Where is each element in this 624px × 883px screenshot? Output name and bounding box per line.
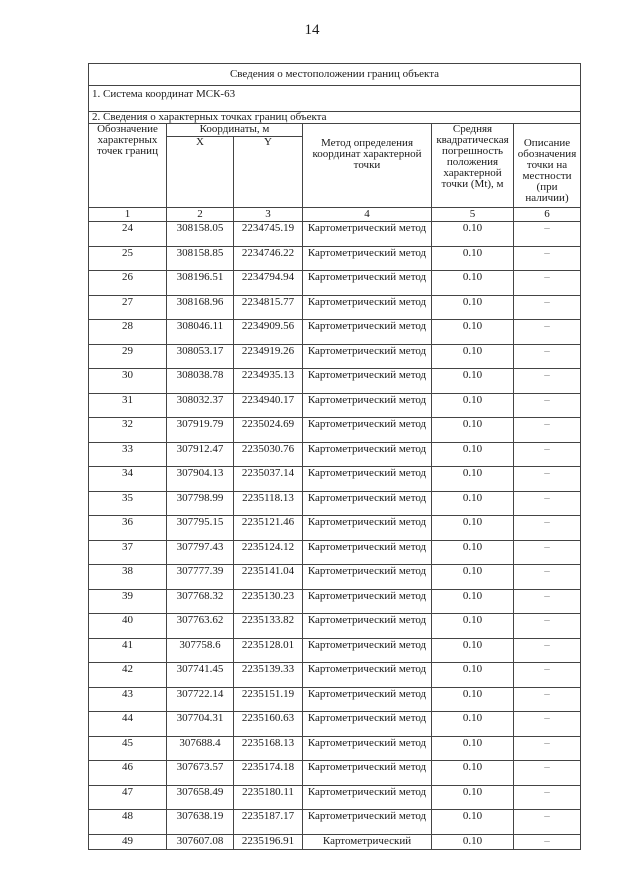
cell-point: 49 xyxy=(89,834,167,849)
table-row: 40307763.622235133.82Картометрический ме… xyxy=(89,614,581,639)
cell-description: – xyxy=(514,467,581,492)
cell-point: 31 xyxy=(89,393,167,418)
cell-y: 2235133.82 xyxy=(234,614,303,639)
cell-method: Картометрический метод xyxy=(303,516,432,541)
cell-y: 2235121.46 xyxy=(234,516,303,541)
cell-description: – xyxy=(514,614,581,639)
cell-y: 2234815.77 xyxy=(234,295,303,320)
column-number-3: 3 xyxy=(234,208,303,222)
cell-mean-error: 0.10 xyxy=(432,369,514,394)
cell-x: 308032.37 xyxy=(167,393,234,418)
cell-description: – xyxy=(514,761,581,786)
cell-method: Картометрический метод xyxy=(303,344,432,369)
cell-y: 2235180.11 xyxy=(234,785,303,810)
cell-x: 307607.08 xyxy=(167,834,234,849)
page-number: 14 xyxy=(0,22,624,39)
cell-mean-error: 0.10 xyxy=(432,565,514,590)
cell-x: 308168.96 xyxy=(167,295,234,320)
cell-description: – xyxy=(514,320,581,345)
cell-point: 34 xyxy=(89,467,167,492)
cell-mean-error: 0.10 xyxy=(432,736,514,761)
cell-point: 44 xyxy=(89,712,167,737)
cell-method: Картометрический метод xyxy=(303,614,432,639)
table-row: 37307797.432235124.12Картометрический ме… xyxy=(89,540,581,565)
header-x: X xyxy=(167,137,234,208)
cell-description: – xyxy=(514,295,581,320)
cell-description: – xyxy=(514,785,581,810)
column-number-4: 4 xyxy=(303,208,432,222)
cell-mean-error: 0.10 xyxy=(432,687,514,712)
cell-method: Картометрический метод xyxy=(303,589,432,614)
cell-x: 307741.45 xyxy=(167,663,234,688)
table-row: 26308196.512234794.94Картометрический ме… xyxy=(89,271,581,296)
cell-mean-error: 0.10 xyxy=(432,246,514,271)
table-row: 43307722.142235151.19Картометрический ме… xyxy=(89,687,581,712)
cell-method: Картометрический метод xyxy=(303,222,432,247)
cell-mean-error: 0.10 xyxy=(432,442,514,467)
cell-y: 2234940.17 xyxy=(234,393,303,418)
cell-x: 308046.11 xyxy=(167,320,234,345)
cell-description: – xyxy=(514,271,581,296)
cell-mean-error: 0.10 xyxy=(432,491,514,516)
cell-method: Картометрический метод xyxy=(303,393,432,418)
cell-method: Картометрический метод xyxy=(303,638,432,663)
table-row: 34307904.132235037.14Картометрический ме… xyxy=(89,467,581,492)
boundary-points-table: Сведения о местоположении границ объекта… xyxy=(88,63,581,850)
cell-y: 2235187.17 xyxy=(234,810,303,835)
cell-mean-error: 0.10 xyxy=(432,834,514,849)
cell-point: 24 xyxy=(89,222,167,247)
header-point-designation: Обозначение характерных точек границ xyxy=(89,124,167,208)
cell-point: 46 xyxy=(89,761,167,786)
cell-method: Картометрический метод xyxy=(303,687,432,712)
cell-method: Картометрический метод xyxy=(303,295,432,320)
cell-y: 2235118.13 xyxy=(234,491,303,516)
cell-x: 307638.19 xyxy=(167,810,234,835)
cell-mean-error: 0.10 xyxy=(432,785,514,810)
cell-mean-error: 0.10 xyxy=(432,761,514,786)
cell-method: Картометрический метод xyxy=(303,467,432,492)
table-row: 42307741.452235139.33Картометрический ме… xyxy=(89,663,581,688)
table-row: 27308168.962234815.77Картометрический ме… xyxy=(89,295,581,320)
cell-description: – xyxy=(514,540,581,565)
cell-description: – xyxy=(514,736,581,761)
header-mean-error: Средняя квадратическая погрешность полож… xyxy=(432,124,514,208)
cell-method: Картометрический метод xyxy=(303,271,432,296)
table-row: 45307688.42235168.13Картометрический мет… xyxy=(89,736,581,761)
table-row: 46307673.572235174.18Картометрический ме… xyxy=(89,761,581,786)
cell-x: 307777.39 xyxy=(167,565,234,590)
cell-mean-error: 0.10 xyxy=(432,418,514,443)
table-title: Сведения о местоположении границ объекта xyxy=(89,64,581,86)
cell-y: 2235174.18 xyxy=(234,761,303,786)
cell-method: Картометрический метод xyxy=(303,540,432,565)
cell-y: 2234909.56 xyxy=(234,320,303,345)
column-number-5: 5 xyxy=(432,208,514,222)
cell-x: 307798.99 xyxy=(167,491,234,516)
cell-description: – xyxy=(514,344,581,369)
cell-method: Картометрический метод xyxy=(303,442,432,467)
table-row: 44307704.312235160.63Картометрический ме… xyxy=(89,712,581,737)
cell-point: 42 xyxy=(89,663,167,688)
cell-mean-error: 0.10 xyxy=(432,589,514,614)
cell-description: – xyxy=(514,810,581,835)
cell-method: Картометрический метод xyxy=(303,369,432,394)
table-row: 31308032.372234940.17Картометрический ме… xyxy=(89,393,581,418)
cell-x: 308196.51 xyxy=(167,271,234,296)
cell-y: 2235196.91 xyxy=(234,834,303,849)
cell-y: 2235037.14 xyxy=(234,467,303,492)
cell-description: – xyxy=(514,491,581,516)
table-row: 47307658.492235180.11Картометрический ме… xyxy=(89,785,581,810)
cell-mean-error: 0.10 xyxy=(432,222,514,247)
cell-mean-error: 0.10 xyxy=(432,467,514,492)
cell-method: Картометрический метод xyxy=(303,565,432,590)
cell-y: 2235160.63 xyxy=(234,712,303,737)
table-row: 39307768.322235130.23Картометрический ме… xyxy=(89,589,581,614)
cell-point: 32 xyxy=(89,418,167,443)
table-row: 24308158.052234745.19Картометрический ме… xyxy=(89,222,581,247)
cell-point: 26 xyxy=(89,271,167,296)
cell-description: – xyxy=(514,246,581,271)
cell-description: – xyxy=(514,418,581,443)
table-row: 25308158.852234746.22Картометрический ме… xyxy=(89,246,581,271)
cell-method: Картометрический метод xyxy=(303,712,432,737)
table-row: 41307758.62235128.01Картометрический мет… xyxy=(89,638,581,663)
cell-description: – xyxy=(514,369,581,394)
table-row: 32307919.792235024.69Картометрический ме… xyxy=(89,418,581,443)
table-row: 29308053.172234919.26Картометрический ме… xyxy=(89,344,581,369)
cell-point: 47 xyxy=(89,785,167,810)
cell-mean-error: 0.10 xyxy=(432,810,514,835)
cell-point: 35 xyxy=(89,491,167,516)
header-y: Y xyxy=(234,137,303,208)
cell-method: Картометрический метод xyxy=(303,663,432,688)
cell-y: 2235128.01 xyxy=(234,638,303,663)
cell-x: 307763.62 xyxy=(167,614,234,639)
cell-description: – xyxy=(514,589,581,614)
header-method: Метод определения координат характерной … xyxy=(303,124,432,208)
cell-mean-error: 0.10 xyxy=(432,393,514,418)
table-row: 28308046.112234909.56Картометрический ме… xyxy=(89,320,581,345)
header-description: Описание обозначения точки на местности … xyxy=(514,124,581,208)
coordinate-system: 1. Система координат МСК-63 xyxy=(89,86,581,112)
cell-x: 308158.05 xyxy=(167,222,234,247)
cell-point: 25 xyxy=(89,246,167,271)
table-row: 38307777.392235141.04Картометрический ме… xyxy=(89,565,581,590)
cell-y: 2234746.22 xyxy=(234,246,303,271)
cell-x: 307758.6 xyxy=(167,638,234,663)
column-number-6: 6 xyxy=(514,208,581,222)
cell-mean-error: 0.10 xyxy=(432,638,514,663)
cell-y: 2235151.19 xyxy=(234,687,303,712)
column-number-1: 1 xyxy=(89,208,167,222)
cell-description: – xyxy=(514,442,581,467)
cell-x: 307658.49 xyxy=(167,785,234,810)
cell-method: Картометрический метод xyxy=(303,491,432,516)
column-number-2: 2 xyxy=(167,208,234,222)
cell-y: 2235141.04 xyxy=(234,565,303,590)
cell-x: 308158.85 xyxy=(167,246,234,271)
cell-mean-error: 0.10 xyxy=(432,344,514,369)
cell-point: 27 xyxy=(89,295,167,320)
cell-description: – xyxy=(514,712,581,737)
cell-description: – xyxy=(514,222,581,247)
section-points-heading: 2. Сведения о характерных точках границ … xyxy=(89,112,581,124)
cell-x: 307673.57 xyxy=(167,761,234,786)
cell-method: Картометрический xyxy=(303,834,432,849)
cell-x: 307688.4 xyxy=(167,736,234,761)
cell-x: 307912.47 xyxy=(167,442,234,467)
cell-point: 29 xyxy=(89,344,167,369)
cell-x: 308053.17 xyxy=(167,344,234,369)
cell-x: 307904.13 xyxy=(167,467,234,492)
cell-mean-error: 0.10 xyxy=(432,614,514,639)
cell-description: – xyxy=(514,663,581,688)
cell-description: – xyxy=(514,565,581,590)
cell-point: 45 xyxy=(89,736,167,761)
cell-y: 2235130.23 xyxy=(234,589,303,614)
cell-method: Картометрический метод xyxy=(303,418,432,443)
cell-method: Картометрический метод xyxy=(303,761,432,786)
cell-mean-error: 0.10 xyxy=(432,295,514,320)
cell-method: Картометрический метод xyxy=(303,246,432,271)
cell-method: Картометрический метод xyxy=(303,320,432,345)
cell-mean-error: 0.10 xyxy=(432,540,514,565)
cell-y: 2234745.19 xyxy=(234,222,303,247)
cell-point: 36 xyxy=(89,516,167,541)
cell-point: 28 xyxy=(89,320,167,345)
cell-description: – xyxy=(514,834,581,849)
cell-y: 2235139.33 xyxy=(234,663,303,688)
cell-point: 39 xyxy=(89,589,167,614)
cell-point: 30 xyxy=(89,369,167,394)
cell-point: 33 xyxy=(89,442,167,467)
cell-mean-error: 0.10 xyxy=(432,516,514,541)
cell-x: 307722.14 xyxy=(167,687,234,712)
cell-description: – xyxy=(514,516,581,541)
cell-x: 308038.78 xyxy=(167,369,234,394)
cell-mean-error: 0.10 xyxy=(432,320,514,345)
table-row: 48307638.192235187.17Картометрический ме… xyxy=(89,810,581,835)
cell-description: – xyxy=(514,393,581,418)
cell-y: 2234794.94 xyxy=(234,271,303,296)
cell-x: 307797.43 xyxy=(167,540,234,565)
cell-point: 41 xyxy=(89,638,167,663)
cell-point: 38 xyxy=(89,565,167,590)
cell-y: 2235024.69 xyxy=(234,418,303,443)
cell-x: 307795.15 xyxy=(167,516,234,541)
cell-point: 37 xyxy=(89,540,167,565)
cell-y: 2235030.76 xyxy=(234,442,303,467)
table-row: 49307607.082235196.91Картометрический0.1… xyxy=(89,834,581,849)
cell-y: 2235124.12 xyxy=(234,540,303,565)
table-row: 36307795.152235121.46Картометрический ме… xyxy=(89,516,581,541)
cell-mean-error: 0.10 xyxy=(432,271,514,296)
cell-x: 307919.79 xyxy=(167,418,234,443)
cell-mean-error: 0.10 xyxy=(432,712,514,737)
cell-method: Картометрический метод xyxy=(303,785,432,810)
cell-description: – xyxy=(514,638,581,663)
cell-x: 307768.32 xyxy=(167,589,234,614)
cell-point: 43 xyxy=(89,687,167,712)
cell-method: Картометрический метод xyxy=(303,810,432,835)
table-row: 30308038.782234935.13Картометрический ме… xyxy=(89,369,581,394)
cell-mean-error: 0.10 xyxy=(432,663,514,688)
cell-method: Картометрический метод xyxy=(303,736,432,761)
cell-point: 40 xyxy=(89,614,167,639)
cell-y: 2235168.13 xyxy=(234,736,303,761)
table-row: 35307798.992235118.13Картометрический ме… xyxy=(89,491,581,516)
table-row: 33307912.472235030.76Картометрический ме… xyxy=(89,442,581,467)
cell-point: 48 xyxy=(89,810,167,835)
header-coordinates: Координаты, м xyxy=(167,124,303,137)
cell-description: – xyxy=(514,687,581,712)
cell-x: 307704.31 xyxy=(167,712,234,737)
cell-y: 2234935.13 xyxy=(234,369,303,394)
cell-y: 2234919.26 xyxy=(234,344,303,369)
